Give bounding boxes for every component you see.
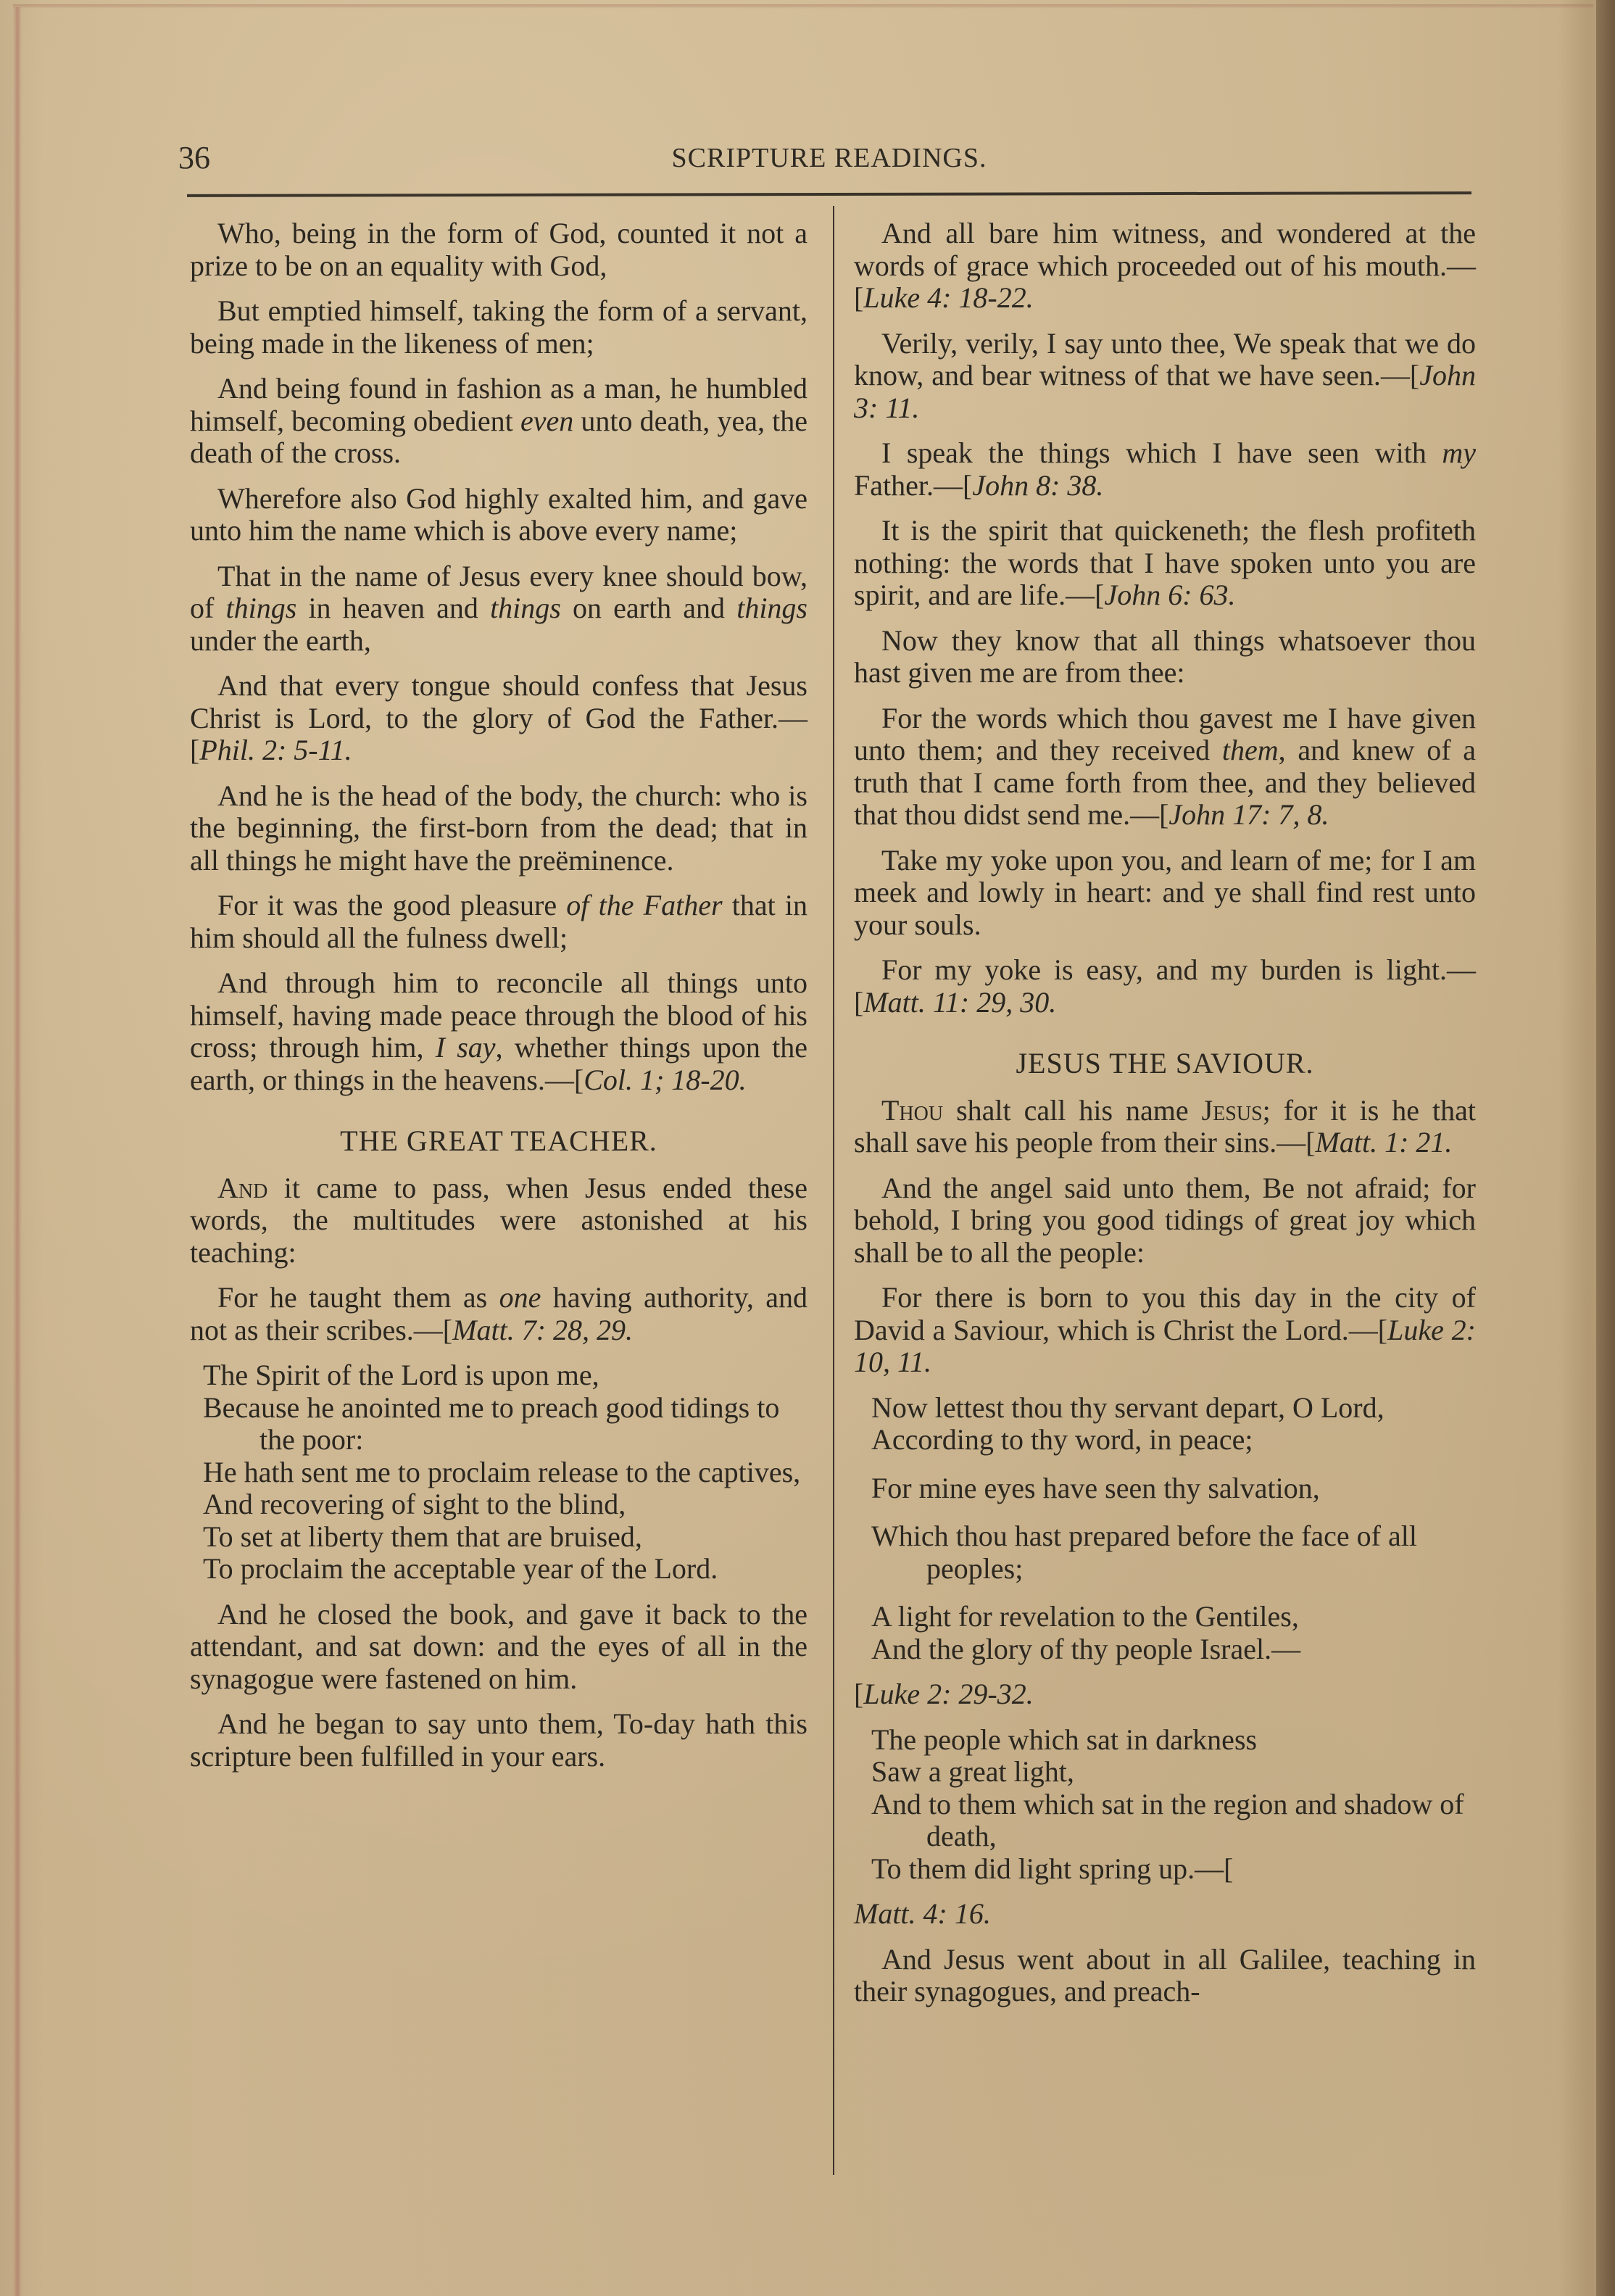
verse-block: Now lettest thou thy servant depart, O L…	[854, 1392, 1476, 1666]
paragraph: And it came to pass, when Jesus ended th…	[190, 1172, 807, 1269]
header-rule	[187, 191, 1471, 197]
verse-line: He hath sent me to proclaim release to t…	[190, 1456, 807, 1489]
paragraph: For it was the good pleasure of the Fath…	[190, 890, 807, 954]
left-column: Who, being in the form of God, counted i…	[190, 217, 807, 1786]
book-page: 36 SCRIPTURE READINGS. Who, being in the…	[0, 0, 1615, 2296]
paragraph-with-reference: And through him to reconcile all things …	[190, 967, 807, 1096]
verse-line: The people which sat in darkness	[854, 1724, 1476, 1757]
paragraph-with-reference: For the words which thou gavest me I hav…	[854, 703, 1476, 832]
verse-reference-line: [Luke 2: 29-32.	[854, 1678, 1476, 1711]
paragraph: And he began to say unto them, To-day ha…	[190, 1708, 807, 1773]
verse-line: Because he anointed me to preach good ti…	[190, 1392, 807, 1456]
paragraph-with-reference: And all bare him witness, and wondered a…	[854, 217, 1476, 315]
scripture-reference: Matt. 4: 16.	[854, 1897, 991, 1930]
paragraph: And the angel said unto them, Be not afr…	[854, 1172, 1476, 1269]
verse-line: For mine eyes have seen thy salvation,	[854, 1472, 1476, 1505]
scripture-reference: John 6: 63.	[1104, 579, 1235, 611]
paragraph: But emptied himself, taking the form of …	[190, 295, 807, 360]
paragraph: And being found in fashion as a man, he …	[190, 373, 807, 470]
running-head: SCRIPTURE READINGS.	[0, 142, 1615, 174]
page-top-edge	[13, 4, 1593, 9]
paragraph: Wherefore also God highly exalted him, a…	[190, 483, 807, 547]
scripture-reference: Luke 4: 18-22.	[863, 281, 1033, 314]
paragraph-with-reference: It is the spirit that quickeneth; the fl…	[854, 515, 1476, 612]
scripture-reference: John 17: 7, 8.	[1168, 798, 1329, 831]
verse-line: And to them which sat in the region and …	[854, 1789, 1476, 1853]
paragraph-with-reference: And that every tongue should confess tha…	[190, 670, 807, 767]
column-divider	[833, 206, 834, 2175]
scripture-reference: Col. 1; 18-20.	[584, 1064, 746, 1096]
paragraph-with-reference: Thou shalt call his name Jesus; for it i…	[854, 1095, 1476, 1159]
verse-line: The Spirit of the Lord is upon me,	[190, 1359, 807, 1392]
verse-line: Now lettest thou thy servant depart, O L…	[854, 1392, 1476, 1425]
verse-line: To set at liberty them that are bruised,	[190, 1521, 807, 1554]
paragraph: And he closed the book, and gave it back…	[190, 1599, 807, 1696]
page-right-shadow	[1596, 0, 1615, 2296]
paragraph: Now they know that all things whatsoever…	[854, 625, 1476, 689]
scripture-reference: Matt. 7: 28, 29.	[452, 1314, 633, 1346]
paragraph: And he is the head of the body, the chur…	[190, 780, 807, 877]
verse-line: To them did light spring up.—[	[854, 1853, 1476, 1886]
section-title: JESUS THE SAVIOUR.	[854, 1048, 1476, 1080]
scripture-reference: Matt. 11: 29, 30.	[863, 986, 1056, 1019]
scripture-reference: Phil. 2: 5-11.	[199, 734, 352, 766]
verse-line: To proclaim the acceptable year of the L…	[190, 1553, 807, 1586]
verse-line: Which thou hast prepared before the face…	[854, 1520, 1476, 1585]
paragraph-with-reference: Verily, verily, I say unto thee, We spea…	[854, 328, 1476, 425]
paragraph-with-reference: For my yoke is easy, and my burden is li…	[854, 954, 1476, 1019]
verse-line: And the glory of thy people Israel.—	[854, 1633, 1476, 1666]
paragraph: Who, being in the form of God, counted i…	[190, 217, 807, 282]
verse-block: The people which sat in darkness Saw a g…	[854, 1724, 1476, 1886]
verse-line: And recovering of sight to the blind,	[190, 1488, 807, 1521]
paragraph: And Jesus went about in all Galilee, tea…	[854, 1944, 1476, 2008]
verse-line: A light for revelation to the Gentiles,	[854, 1601, 1476, 1633]
scripture-reference: Matt. 1: 21.	[1316, 1126, 1453, 1159]
paragraph: That in the name of Jesus every knee sho…	[190, 560, 807, 658]
verse-block: The Spirit of the Lord is upon me, Becau…	[190, 1359, 807, 1586]
verse-reference-line: Matt. 4: 16.	[854, 1898, 1476, 1931]
paragraph: Take my yoke upon you, and learn of me; …	[854, 845, 1476, 942]
page-left-edge	[13, 7, 22, 2296]
paragraph-with-reference: I speak the things which I have seen wit…	[854, 437, 1476, 502]
verse-line: Saw a great light,	[854, 1756, 1476, 1789]
paragraph-with-reference: For there is born to you this day in the…	[854, 1282, 1476, 1379]
right-column: And all bare him witness, and wondered a…	[854, 217, 1476, 2021]
scripture-reference: Luke 2: 29-32.	[863, 1678, 1033, 1710]
scripture-reference: John 8: 38.	[972, 469, 1103, 502]
paragraph-with-reference: For he taught them as one having authori…	[190, 1282, 807, 1346]
section-title: THE GREAT TEACHER.	[190, 1125, 807, 1158]
verse-line: According to thy word, in peace;	[854, 1424, 1476, 1456]
